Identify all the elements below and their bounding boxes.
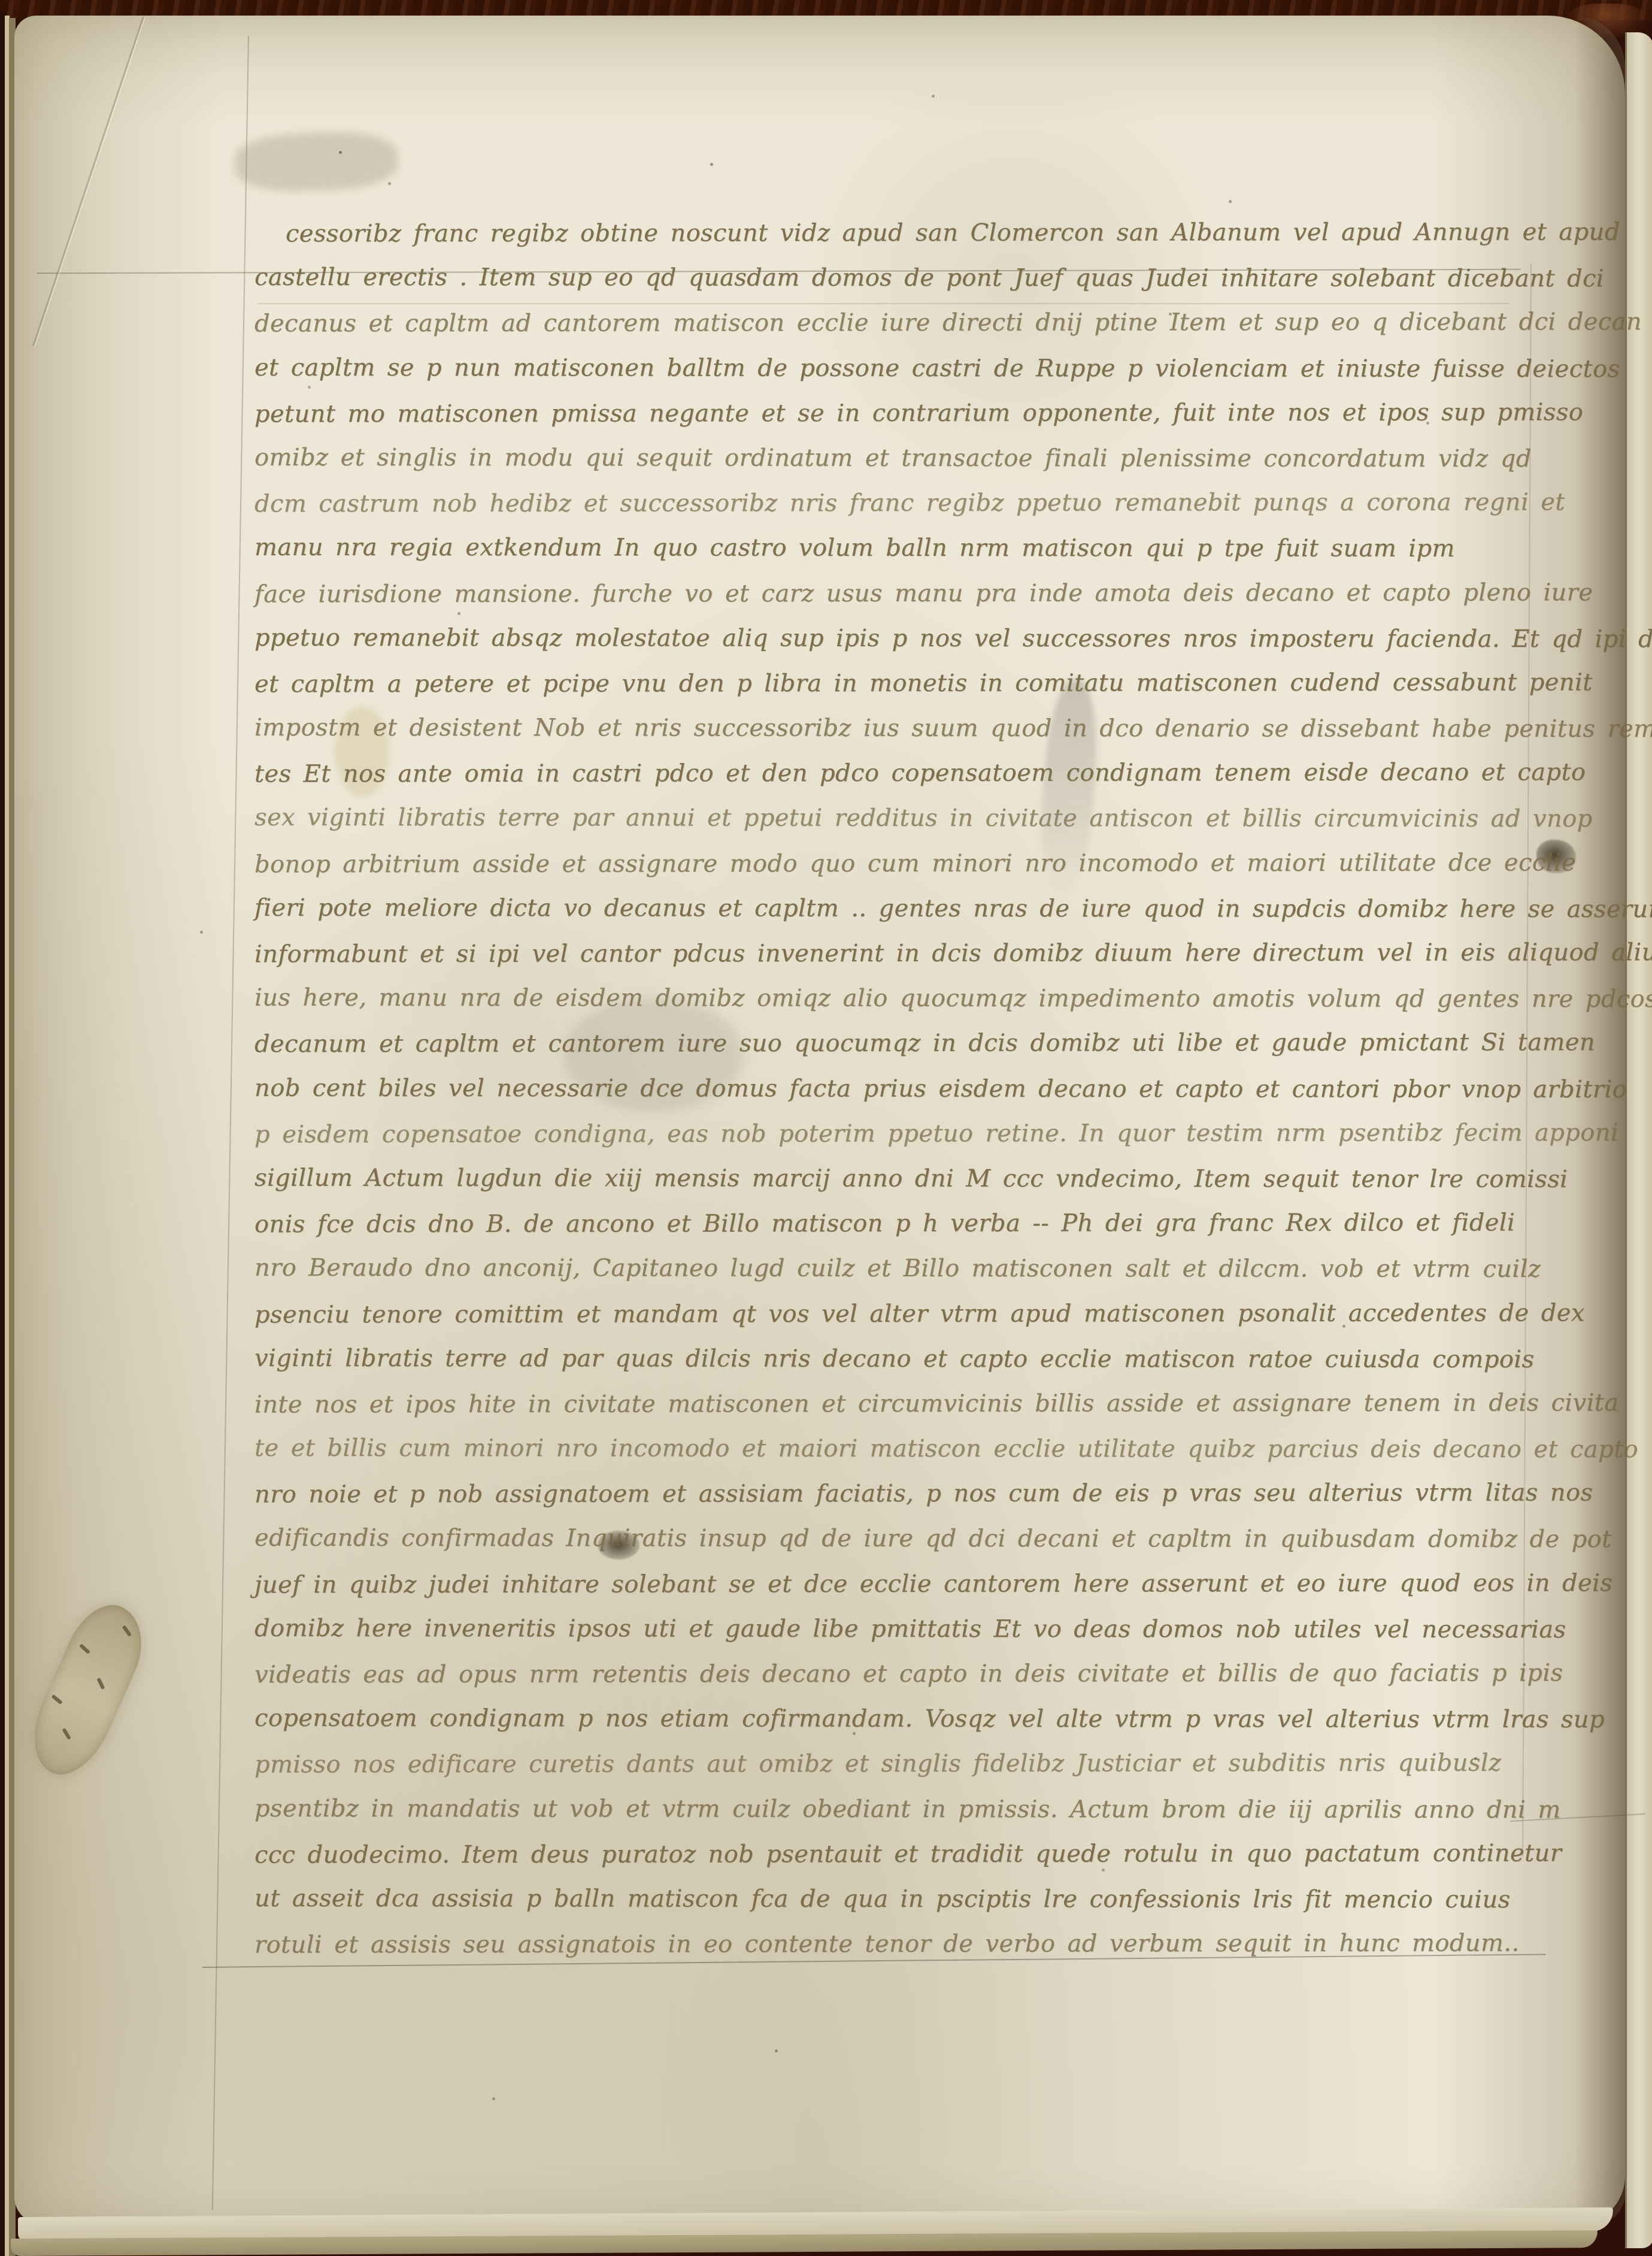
manuscript-text-line: decanum et capltm et cantorem iure suo q… <box>254 1021 1539 1067</box>
manuscript-text-line: castellu erectis . Item sup eo qd quasda… <box>254 255 1539 301</box>
manuscript-text-line: ccc duodecimo. Item deus puratoz nob pse… <box>254 1831 1539 1878</box>
manuscript-text-line: nro noie et p nob assignatoem et assisia… <box>254 1471 1539 1518</box>
manuscript-text-line: impostm et desistent Nob et nris success… <box>254 705 1539 752</box>
manuscript-text-line: copensatoem condignam p nos etiam cofirm… <box>254 1696 1539 1742</box>
stitch-mark <box>51 1694 63 1704</box>
manuscript-text-line: pmisso nos edificare curetis dants aut o… <box>254 1741 1539 1788</box>
manuscript-text-line: et capltm se p nun matisconen balltm de … <box>254 345 1539 391</box>
manuscript-text-line: tes Et nos ante omia in castri pdco et d… <box>254 750 1539 797</box>
stitch-mark <box>79 1643 90 1654</box>
manuscript-text-line: et capltm a petere et pcipe vnu den p li… <box>254 660 1539 707</box>
manuscript-text-line: nro Beraudo dno anconij, Capitaneo lugd … <box>254 1246 1539 1292</box>
manuscript-text-line: psenciu tenore comittim et mandam qt vos… <box>254 1291 1539 1337</box>
dirt-specks <box>0 0 3 3</box>
manuscript-text-line: ius here, manu nra de eisdem domibz omiq… <box>254 976 1539 1022</box>
manuscript-text-block: cessoribz franc regibz obtine noscunt vi… <box>254 211 1539 1967</box>
manuscript-text-line: cessoribz franc regibz obtine noscunt vi… <box>254 210 1539 257</box>
manuscript-photo: { "document": { "kind_label": "handwritt… <box>0 0 1652 2256</box>
manuscript-text-line: nob cent biles vel necessarie dce domus … <box>254 1065 1539 1112</box>
manuscript-text-line: domibz here inveneritis ipsos uti et gau… <box>254 1606 1539 1652</box>
manuscript-text-line: manu nra regia extkendum In quo castro v… <box>254 525 1539 571</box>
manuscript-text-line: videatis eas ad opus nrm retentis deis d… <box>254 1651 1539 1698</box>
manuscript-text-line: ut asseit dca assisia p balln matiscon f… <box>254 1876 1539 1922</box>
manuscript-text-line: fieri pote meliore dicta vo decanus et c… <box>254 886 1539 932</box>
manuscript-text-line: informabunt et si ipi vel cantor pdcus i… <box>254 931 1539 977</box>
manuscript-text-line: onis fce dcis dno B. de ancono et Billo … <box>254 1201 1539 1247</box>
manuscript-text-line: omibz et singlis in modu qui sequit ordi… <box>254 435 1539 482</box>
manuscript-text-line: decanus et capltm ad cantorem matiscon e… <box>254 300 1539 347</box>
manuscript-text-line: inte nos et ipos hite in civitate matisc… <box>254 1380 1539 1427</box>
stitch-mark <box>96 1677 105 1690</box>
manuscript-text-line: sex viginti libratis terre par annui et … <box>254 795 1539 841</box>
manuscript-text-line: face iurisdione mansione. furche vo et c… <box>254 570 1539 617</box>
manuscript-text-line: edificandis confirmadas Inquiratis insup… <box>254 1516 1539 1562</box>
next-page-fore-edge <box>1625 32 1652 2248</box>
manuscript-text-line: te et billis cum minori nro incomodo et … <box>254 1426 1539 1472</box>
manuscript-text-line: petunt mo matisconen pmissa negante et s… <box>254 390 1539 437</box>
manuscript-text-line: psentibz in mandatis ut vob et vtrm cuil… <box>254 1786 1539 1832</box>
manuscript-text-line: rotuli et assisis seu assignatois in eo … <box>254 1921 1539 1968</box>
stitch-mark <box>62 1728 71 1740</box>
manuscript-text-line: viginti libratis terre ad par quas dilci… <box>254 1336 1539 1382</box>
manuscript-text-line: ppetuo remanebit absqz molestatoe aliq s… <box>254 616 1539 662</box>
manuscript-text-line: juef in quibz judei inhitare solebant se… <box>254 1561 1539 1607</box>
manuscript-text-line: sigillum Actum lugdun die xiij mensis ma… <box>254 1156 1539 1202</box>
manuscript-text-line: bonop arbitrium asside et assignare modo… <box>254 840 1539 887</box>
stitch-mark <box>122 1625 132 1637</box>
manuscript-text-line: dcm castrum nob hedibz et successoribz n… <box>254 480 1539 527</box>
manuscript-text-line: p eisdem copensatoe condigna, eas nob po… <box>254 1110 1539 1157</box>
